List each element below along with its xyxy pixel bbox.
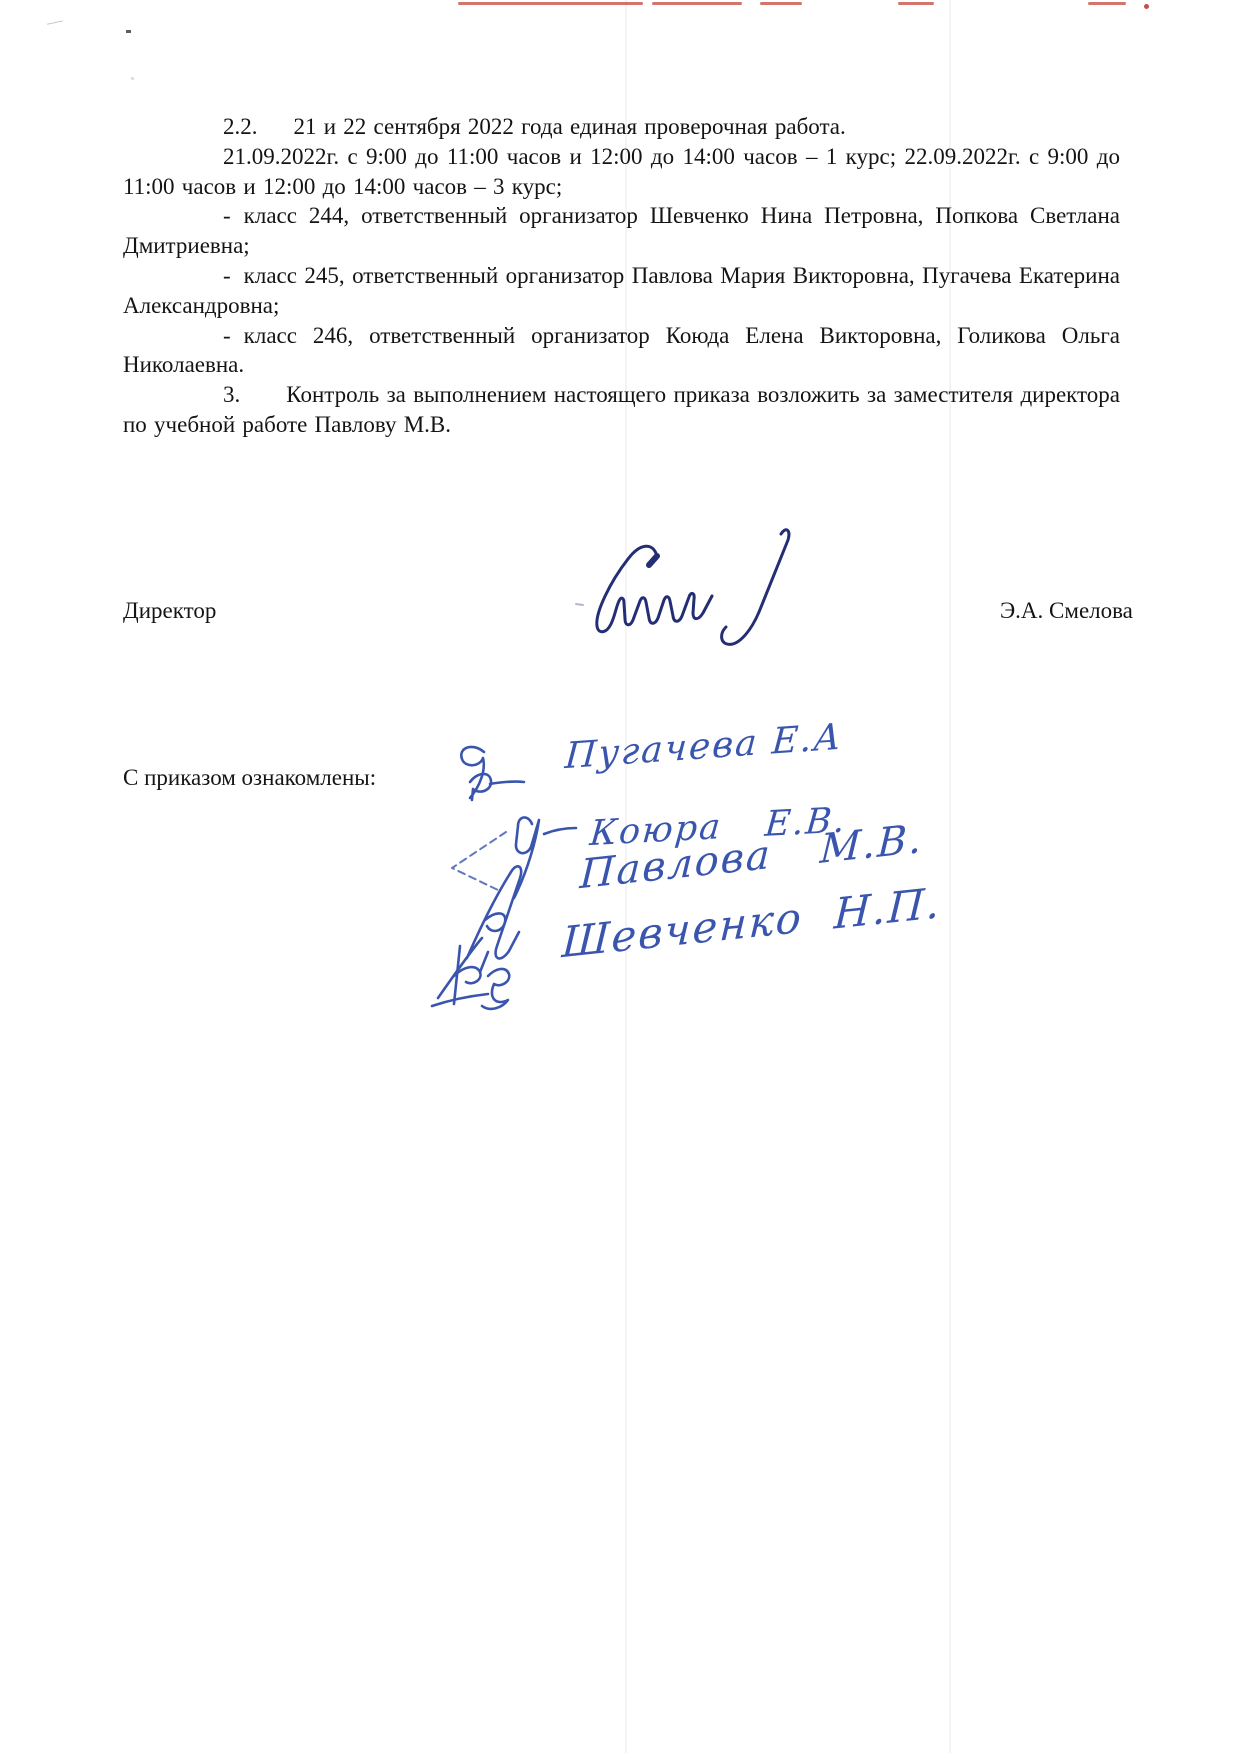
director-name: Э.А. Смелова <box>1000 598 1133 624</box>
paragraph-text: 21 и 22 сентября 2022 года единая провер… <box>294 114 846 139</box>
director-role-label: Директор <box>123 598 216 624</box>
scan-red-dot <box>1144 4 1149 9</box>
scan-red-mark <box>760 2 802 5</box>
paragraph-schedule: 21.09.2022г. с 9:00 до 11:00 часов и 12:… <box>123 142 1120 202</box>
paragraph-control: 3.Контроль за выполнением настоящего при… <box>123 380 1120 440</box>
scan-red-mark <box>1088 2 1126 5</box>
paragraph-text: класс 245, ответственный организатор Пав… <box>123 263 1120 318</box>
scan-red-mark <box>458 2 643 5</box>
paragraph-text: класс 246, ответственный организатор Кою… <box>123 323 1120 378</box>
scan-speck <box>126 30 131 33</box>
paragraph-class-246: -класс 246, ответственный организатор Ко… <box>123 321 1120 381</box>
scan-red-mark <box>652 2 742 5</box>
list-dash: - <box>223 203 244 228</box>
scan-smudge <box>47 20 65 34</box>
paragraph-2-2: 2.2.21 и 22 сентября 2022 года единая пр… <box>123 112 1120 142</box>
scan-red-mark <box>898 2 934 5</box>
paragraph-number: 2.2. <box>223 114 294 139</box>
director-signature <box>560 512 810 652</box>
paragraph-number: 3. <box>223 382 286 407</box>
scan-speck <box>131 77 134 80</box>
paragraph-text: класс 244, ответственный организатор Шев… <box>123 203 1120 258</box>
paragraph-class-245: -класс 245, ответственный организатор Па… <box>123 261 1120 321</box>
paragraph-class-244: -класс 244, ответственный организатор Ше… <box>123 201 1120 261</box>
handwritten-name-pugacheva: Пугачева Е.А <box>564 716 845 777</box>
acknowledgement-label: С приказом ознакомлены: <box>123 765 376 791</box>
order-body-text: 2.2.21 и 22 сентября 2022 года единая пр… <box>123 112 1120 440</box>
scanned-order-page: 2.2.21 и 22 сентября 2022 года единая пр… <box>0 0 1240 1753</box>
list-dash: - <box>223 323 244 348</box>
paragraph-text: 21.09.2022г. с 9:00 до 11:00 часов и 12:… <box>123 144 1120 199</box>
signature-paraph-shevchenko <box>430 918 570 1016</box>
list-dash: - <box>223 263 244 288</box>
signature-paraph-pugacheva <box>420 736 550 814</box>
